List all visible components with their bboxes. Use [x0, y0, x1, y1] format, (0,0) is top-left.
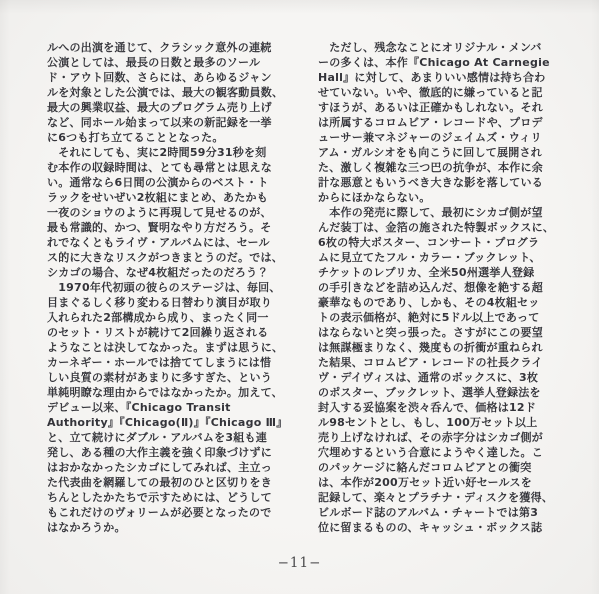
- text-line: と、立て続けにダブル・アルバムを3組も連: [47, 430, 297, 445]
- text-line: い。通常なら6日間の公演からのベスト・ト: [47, 175, 297, 190]
- text-line: はおかなかったシカゴにしてみれば、主立っ: [47, 460, 297, 475]
- text-line: など、同ホール始まって以来の新記録を一挙: [47, 115, 297, 130]
- text-line: からにほかならない。: [318, 190, 568, 205]
- text-line: れでなくともライヴ・アルバムには、セール: [47, 235, 297, 250]
- text-line: む本作の収録時間は、とても尋常とは思えな: [47, 160, 297, 175]
- text-line: すほうが、あるいは正確かもしれない。それ: [318, 100, 568, 115]
- text-line: デビュー以来、『Chicago Transit: [47, 400, 297, 415]
- text-line: シカゴの場合、なぜ4枚組だったのだろう？: [47, 265, 297, 280]
- text-line: の手引きなどを詰め込んだ、想像を絶する超: [318, 280, 568, 295]
- text-line: 記録して、楽々とプラチナ・ディスクを獲得、: [318, 490, 568, 505]
- text-line: 目まぐるしく移り変わる日替わり演目が取り: [47, 295, 297, 310]
- text-line: 公演としては、最長の日数と最多のソール: [47, 55, 297, 70]
- text-line: ーの多くは、本作『Chicago At Carnegie: [318, 55, 568, 70]
- text-line: た結果、コロムビア・レコードの社長クライ: [318, 355, 568, 370]
- booklet-page: ルへの出演を通じて、クラシック意外の連続公演としては、最長の日数と最多のソールド…: [0, 0, 599, 594]
- text-line: 発し、ある種の大作主義を強く印象づけずに: [47, 445, 297, 460]
- text-line: チケットのレプリカ、全米50州選挙人登録: [318, 265, 568, 280]
- text-line: 入れられた2部構成から成り、まったく同一: [47, 310, 297, 325]
- text-line: に6つも打ち立てることとなった。: [47, 130, 297, 145]
- text-line: ルへの出演を通じて、クラシック意外の連続: [47, 40, 297, 55]
- text-line: もこれだけのヴォリームが必要となったので: [47, 505, 297, 520]
- text-line: はならないと突っ張った。さすがにこの要望: [318, 325, 568, 340]
- text-line: ラックをせいぜい2枚組にまとめ、あたかも: [47, 190, 297, 205]
- text-line: は所属するコロムビア・レコードや、プロデ: [318, 115, 568, 130]
- text-line: ューサー兼マネジャーのジェイムズ・ウィリ: [318, 130, 568, 145]
- text-line: 位に留まるものの、キャッシュ・ボックス誌: [318, 520, 568, 535]
- text-line: ス的に大きなリスクがつきまとうのだ。では、: [47, 250, 297, 265]
- text-line: 最大の興業収益、最大のプログラム売り上げ: [47, 100, 297, 115]
- text-line: 1970年代初頭の彼らのステージは、毎回、: [47, 280, 297, 295]
- text-line: ちんとしたかたちで示すためには、どうして: [47, 490, 297, 505]
- text-line: カーネギー・ホールでは捨ててしまうには惜: [47, 355, 297, 370]
- text-line: はなかろうか。: [47, 520, 297, 535]
- text-line: 計な悪意ともいうべき大きな影を落している: [318, 175, 568, 190]
- text-line: 一夜のショウのように再現して見せるのが、: [47, 205, 297, 220]
- text-line: トの表示価格が、絶対に5ドル以上であって: [318, 310, 568, 325]
- text-line: アム・ガルシオをも向こうに回して展開され: [318, 145, 568, 160]
- text-line: 最も常識的、かつ、賢明なやり方だろう。そ: [47, 220, 297, 235]
- text-line: せていない。いや、徹底的に嫌っていると記: [318, 85, 568, 100]
- text-line: のセット・リストが続けて2回繰り返される: [47, 325, 297, 340]
- text-line: た、激しく複雑な三つ巴の抗争が、本作に余: [318, 160, 568, 175]
- page-number: −11−: [0, 555, 599, 571]
- text-line: 穴埋めするという合意にようやく達した。こ: [318, 445, 568, 460]
- text-column-right: ただし、残念なことにオリジナル・メンバーの多くは、本作『Chicago At C…: [318, 40, 568, 535]
- text-line: のパッケージに絡んだコロムビアとの衝突: [318, 460, 568, 475]
- text-line: それにしても、実に2時間59分31秒を刻: [47, 145, 297, 160]
- text-line: Authority』『Chicago(Ⅱ)』『Chicago Ⅲ』: [47, 415, 297, 430]
- text-column-left: ルへの出演を通じて、クラシック意外の連続公演としては、最長の日数と最多のソールド…: [47, 40, 297, 535]
- text-line: 豪華なものであり、しかも、その4枚組セッ: [318, 295, 568, 310]
- text-line: ルを対象とした公演では、最大の観客動員数、: [47, 85, 297, 100]
- text-line: ル98セントとし、もし、100万セット以上: [318, 415, 568, 430]
- text-line: は無謀極まりなく、幾度もの折衝が重ねられ: [318, 340, 568, 355]
- text-line: た代表曲を網羅しての最初のひと区切りをき: [47, 475, 297, 490]
- text-line: のポスター、ブックレット、選挙人登録法を: [318, 385, 568, 400]
- text-line: 封入する妥協案を渋々呑んで、価格は12ド: [318, 400, 568, 415]
- text-line: Hall』に対して、あまりいい感情は持ち合わ: [318, 70, 568, 85]
- text-line: は、本作が200万セット近い好セールスを: [318, 475, 568, 490]
- text-line: ヴ・デイヴィスは、通常のボックスに、3枚: [318, 370, 568, 385]
- text-line: ただし、残念なことにオリジナル・メンバ: [318, 40, 568, 55]
- text-line: んだ装丁は、金箔の施された特製ボックスに、: [318, 220, 568, 235]
- text-line: ド・アウト回数、さらには、あらゆるジャン: [47, 70, 297, 85]
- text-line: 単純明瞭な理由からではなかったか。加えて、: [47, 385, 297, 400]
- text-line: 6枚の特大ポスター、コンサート・プログラ: [318, 235, 568, 250]
- text-line: 売り上げなければ、その赤字分はシカゴ側が: [318, 430, 568, 445]
- text-line: ようなことは決してなかった。まずは思うに、: [47, 340, 297, 355]
- text-line: ビルボード誌のアルバム・チャートでは第3: [318, 505, 568, 520]
- text-line: 本作の発売に際して、最初にシカゴ側が望: [318, 205, 568, 220]
- text-line: ムに見立てたフル・カラー・ブックレット、: [318, 250, 568, 265]
- text-line: しい良質の素材があまりに多すぎた、という: [47, 370, 297, 385]
